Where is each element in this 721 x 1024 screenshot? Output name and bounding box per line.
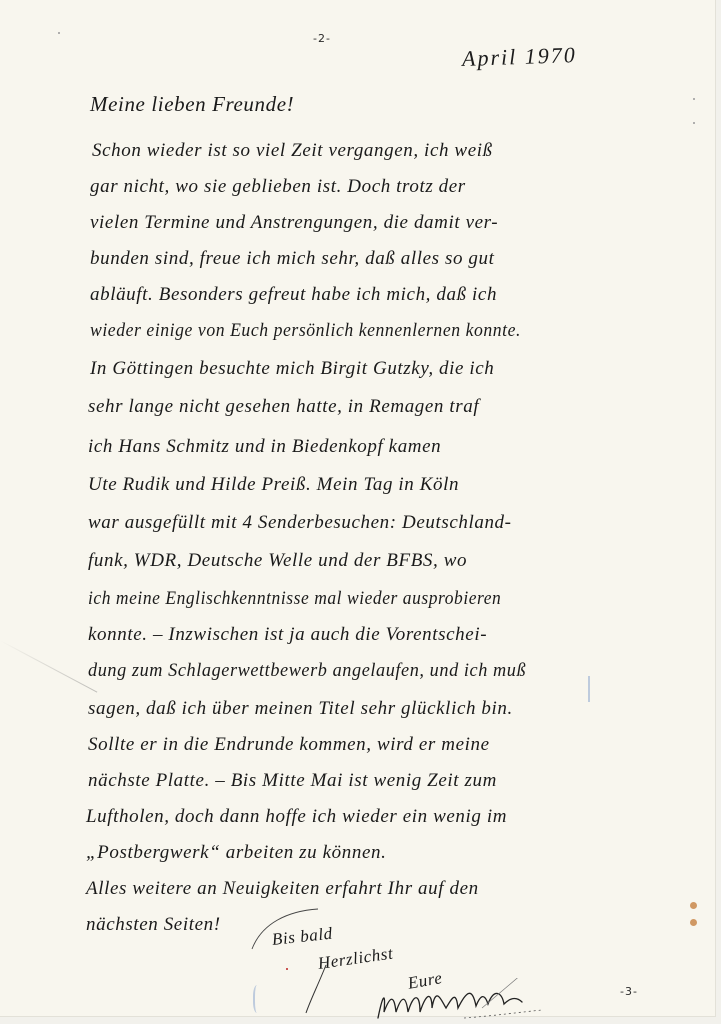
blue-pen-mark bbox=[253, 985, 263, 1013]
greeting: Meine lieben Freunde! bbox=[90, 92, 294, 117]
letter-page: -2- April 1970 Meine lieben Freunde! Sch… bbox=[0, 0, 716, 1017]
body-line: vielen Termine und Anstrengungen, die da… bbox=[90, 212, 498, 234]
body-line: In Göttingen besuchte mich Birgit Gutzky… bbox=[90, 358, 494, 380]
paper-speck bbox=[286, 968, 288, 970]
paper-speck bbox=[693, 122, 695, 124]
body-line: funk, WDR, Deutsche Welle und der BFBS, … bbox=[88, 550, 467, 572]
body-line: Alles weitere an Neuigkeiten erfahrt Ihr… bbox=[86, 878, 479, 900]
body-line: ich meine Englischkenntnisse mal wieder … bbox=[88, 588, 501, 610]
body-line: abläuft. Besonders gefreut habe ich mich… bbox=[90, 284, 497, 306]
page-number-bottom: -3- bbox=[620, 985, 638, 998]
body-line: nächste Platte. – Bis Mitte Mai ist weni… bbox=[88, 770, 497, 792]
rust-stain bbox=[690, 902, 697, 909]
rust-stain bbox=[690, 919, 697, 926]
body-line: konnte. – Inzwischen ist ja auch die Vor… bbox=[88, 624, 487, 646]
letter-date: April 1970 bbox=[462, 42, 578, 72]
body-line: war ausgefüllt mit 4 Senderbesuchen: Deu… bbox=[88, 512, 512, 534]
handwritten-signature-icon bbox=[372, 978, 562, 1022]
page-number-top: -2- bbox=[313, 32, 331, 45]
body-line: Luftholen, doch dann hoffe ich wieder ei… bbox=[86, 806, 507, 828]
body-line: „Postbergwerk“ arbeiten zu können. bbox=[86, 842, 386, 864]
body-line: sagen, daß ich über meinen Titel sehr gl… bbox=[88, 698, 513, 720]
paper-speck bbox=[58, 32, 60, 34]
paper-crease bbox=[0, 640, 97, 693]
paper-speck bbox=[693, 98, 695, 100]
body-line: Schon wieder ist so viel Zeit vergangen,… bbox=[92, 140, 493, 162]
body-line: gar nicht, wo sie geblieben ist. Doch tr… bbox=[90, 176, 466, 198]
body-line: sehr lange nicht gesehen hatte, in Remag… bbox=[88, 396, 479, 418]
body-line: Sollte er in die Endrunde kommen, wird e… bbox=[88, 734, 490, 756]
body-line: wieder einige von Euch persönlich kennen… bbox=[90, 320, 521, 342]
body-line: Ute Rudik und Hilde Preiß. Mein Tag in K… bbox=[88, 474, 459, 496]
body-line: dung zum Schlagerwettbewerb angelaufen, … bbox=[88, 660, 526, 682]
blue-pen-mark bbox=[588, 676, 594, 702]
closing-line: Herzlichst bbox=[317, 944, 395, 974]
body-line: bunden sind, freue ich mich sehr, daß al… bbox=[90, 248, 495, 270]
body-line: nächsten Seiten! bbox=[86, 914, 221, 936]
body-line: ich Hans Schmitz und in Biedenkopf kamen bbox=[88, 436, 441, 458]
